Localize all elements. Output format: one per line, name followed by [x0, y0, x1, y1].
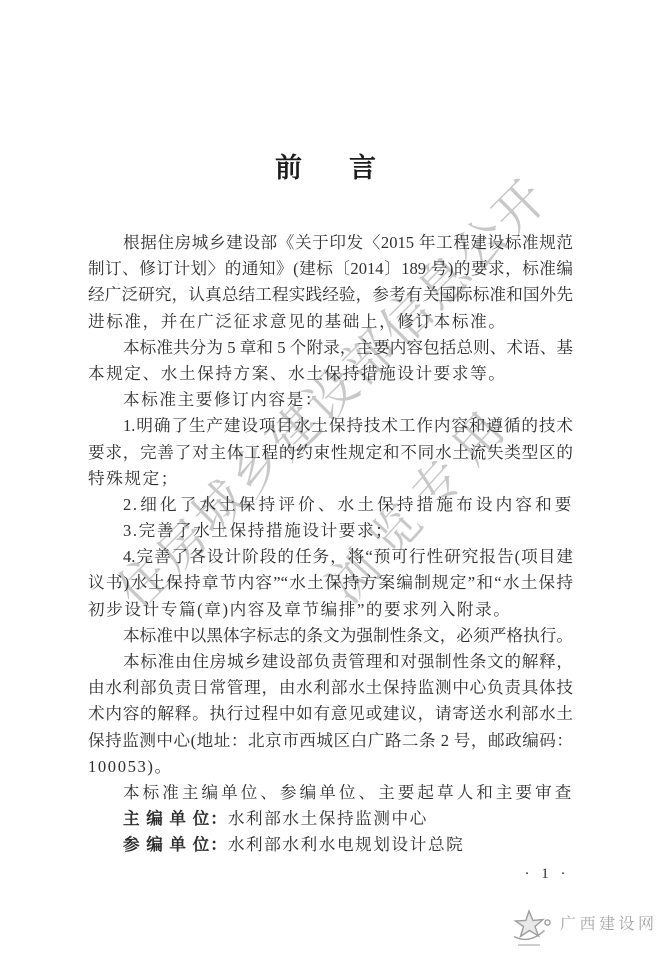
text-line: 100053)。: [88, 754, 573, 780]
text-line: 保持监测中心(地址：北京市西城区白广路二条 2 号，邮政编码：: [88, 728, 573, 754]
text-line: 特殊规定；: [88, 466, 573, 492]
text-line: 参 编 单 位：水利部水利水电规划设计总院: [88, 832, 573, 858]
text-line: 本规定、水土保持方案、水土保持措施设计要求等。: [88, 361, 573, 387]
text-line: 2.细化了水土保持评价、水土保持措施布设内容和要求；: [88, 492, 573, 518]
editor-unit-label: 主 编 单 位：: [123, 809, 228, 828]
text-line: 术内容的解释。执行过程中如有意见或建议，请寄送水利部水土: [88, 701, 573, 727]
text-line: 本标准主要修订内容是：: [88, 387, 573, 413]
text-line: 制订、修订计划〉的通知》(建标〔2014〕189 号)的要求，标准编制组: [88, 256, 573, 282]
site-logo: 广西建设网: [508, 906, 658, 958]
text-line: 经广泛研究，认真总结工程实践经验，参考有关国际标准和国外先: [88, 282, 573, 308]
text-line: 3.完善了水土保持措施设计要求；: [88, 518, 573, 544]
editor-unit-label: 参 编 单 位：: [123, 835, 228, 854]
text-line: 1.明确了生产建设项目水土保持技术工作内容和遵循的技术: [88, 413, 573, 439]
text-line: 本标准共分为 5 章和 5 个附录，主要内容包括总则、术语、基: [88, 335, 573, 361]
text-line: 主 编 单 位：水利部水土保持监测中心: [88, 806, 573, 832]
logo-text-wrap: 广西建设网: [560, 916, 658, 934]
text-line: 要求，完善了对主体工程的约束性规定和不同水土流失类型区的: [88, 440, 573, 466]
text-line: 议书)水土保持章节内容”“水土保持方案编制规定”和“水土保持: [88, 570, 573, 596]
page-number: · 1 ·: [516, 866, 578, 883]
text-line: 初步设计专篇(章)内容及章节编排”的要求列入附录。: [88, 597, 573, 623]
text-line: 本标准由住房城乡建设部负责管理和对强制性条文的解释，: [88, 649, 573, 675]
document-page: 住房城乡建设部信息公开 浏览专用 前 言 根据住房城乡建设部《关于印发〈2015…: [0, 0, 661, 958]
text-line: 根据住房城乡建设部《关于印发〈2015 年工程建设标准规范: [88, 230, 573, 256]
text-line: 本标准中以黑体字标志的条文为强制性条文，必须严格执行。: [88, 623, 573, 649]
page-title: 前 言: [0, 146, 661, 185]
text-line: 4.完善了各设计阶段的任务，将“预可行性研究报告(项目建: [88, 544, 573, 570]
text-line: 由水利部负责日常管理，由水利部水土保持监测中心负责具体技: [88, 675, 573, 701]
body-text: 根据住房城乡建设部《关于印发〈2015 年工程建设标准规范制订、修订计划〉的通知…: [88, 230, 573, 859]
text-line: 本标准主编单位、参编单位、主要起草人和主要审查人：: [88, 780, 573, 806]
star-swoosh-icon: [508, 906, 556, 958]
logo-name: 广西建设网: [560, 916, 658, 933]
text-line: 进标准，并在广泛征求意见的基础上，修订本标准。: [88, 309, 573, 335]
